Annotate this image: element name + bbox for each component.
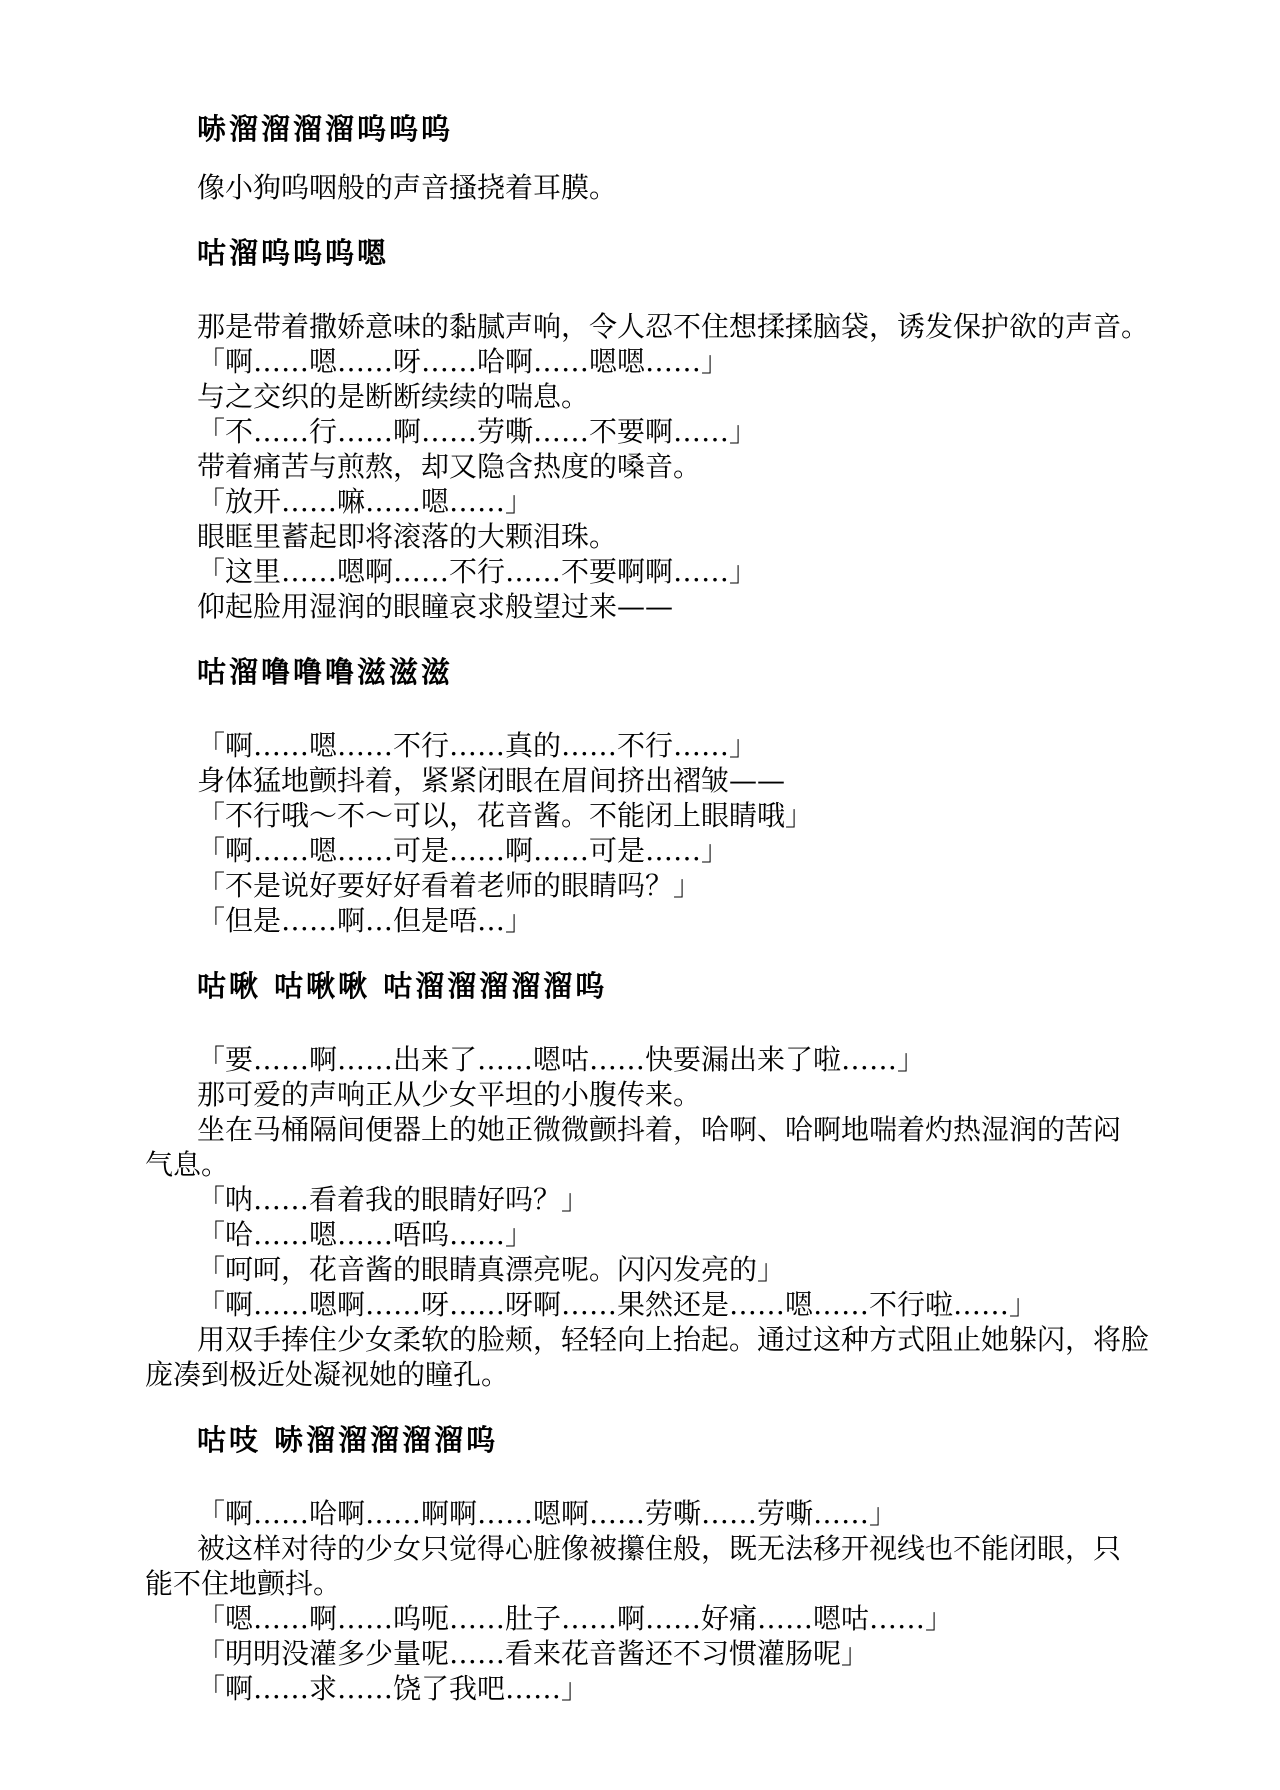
body-line: 「嗯……啊……呜呃……肚子……啊……好痛……嗯咕……」 xyxy=(145,1601,1145,1636)
body-line: 「不是说好要好好看着老师的眼睛吗？」 xyxy=(145,868,1145,903)
body-line: 那是带着撒娇意味的黏腻声响，令人忍不住想揉揉脑袋，诱发保护欲的声音。 xyxy=(145,309,1145,344)
body-line: 像小狗呜咽般的声音搔挠着耳膜。 xyxy=(145,170,1145,205)
body-line: 带着痛苦与煎熬，却又隐含热度的嗓音。 xyxy=(145,449,1145,484)
body-line: 「放开……嘛……嗯……」 xyxy=(145,484,1145,519)
body-line: 「啊……嗯……可是……啊……可是……」 xyxy=(145,833,1145,868)
body-line: 「呐……看着我的眼睛好吗？」 xyxy=(145,1182,1145,1217)
body-line: 「明明没灌多少量呢……看来花音酱还不习惯灌肠呢」 xyxy=(145,1636,1145,1671)
sfx-heading: 咕啾 咕啾啾 咕溜溜溜溜溜呜 xyxy=(145,970,1145,1002)
body-line: 「啊……嗯……不行……真的……不行……」 xyxy=(145,728,1145,763)
body-line: 「要……啊……出来了……嗯咕……快要漏出来了啦……」 xyxy=(145,1042,1145,1077)
body-line: 被这样对待的少女只觉得心脏像被攥住般，既无法移开视线也不能闭眼，只 xyxy=(145,1531,1145,1566)
sfx-heading: 哧溜溜溜溜呜呜呜 xyxy=(145,113,1145,145)
body-line: 坐在马桶隔间便器上的她正微微颤抖着，哈啊、哈啊地喘着灼热湿润的苦闷 xyxy=(145,1112,1145,1147)
body-line: 「啊……嗯啊……呀……呀啊……果然还是……嗯……不行啦……」 xyxy=(145,1287,1145,1322)
body-line: 「不……行……啊……劳嘶……不要啊……」 xyxy=(145,414,1145,449)
body-line: 气息。 xyxy=(145,1147,1145,1182)
body-line: 身体猛地颤抖着，紧紧闭眼在眉间挤出褶皱—— xyxy=(145,763,1145,798)
body-line: 能不住地颤抖。 xyxy=(145,1566,1145,1601)
sfx-heading: 咕溜噜噜噜滋滋滋 xyxy=(145,656,1145,688)
body-line: 「哈……嗯……唔呜……」 xyxy=(145,1217,1145,1252)
body-line: 「啊……求……饶了我吧……」 xyxy=(145,1671,1145,1706)
body-line: 仰起脸用湿润的眼瞳哀求般望过来—— xyxy=(145,589,1145,624)
body-line: 「这里……嗯啊……不行……不要啊啊……」 xyxy=(145,554,1145,589)
document-page: 哧溜溜溜溜呜呜呜像小狗呜咽般的声音搔挠着耳膜。咕溜呜呜呜嗯那是带着撒娇意味的黏腻… xyxy=(0,0,1280,1790)
body-line: 用双手捧住少女柔软的脸颊，轻轻向上抬起。通过这种方式阻止她躲闪，将脸 xyxy=(145,1322,1145,1357)
body-line: 眼眶里蓄起即将滚落的大颗泪珠。 xyxy=(145,519,1145,554)
text-content: 哧溜溜溜溜呜呜呜像小狗呜咽般的声音搔挠着耳膜。咕溜呜呜呜嗯那是带着撒娇意味的黏腻… xyxy=(145,0,1145,1706)
body-line: 「啊……嗯……呀……哈啊……嗯嗯……」 xyxy=(145,344,1145,379)
body-line: 「呵呵，花音酱的眼睛真漂亮呢。闪闪发亮的」 xyxy=(145,1252,1145,1287)
body-line: 那可爱的声响正从少女平坦的小腹传来。 xyxy=(145,1077,1145,1112)
body-line: 「不行哦～不～可以，花音酱。不能闭上眼睛哦」 xyxy=(145,798,1145,833)
body-line: 「但是……啊…但是唔…」 xyxy=(145,903,1145,938)
body-line: 与之交织的是断断续续的喘息。 xyxy=(145,379,1145,414)
body-line: 「啊……哈啊……啊啊……嗯啊……劳嘶……劳嘶……」 xyxy=(145,1496,1145,1531)
sfx-heading: 咕溜呜呜呜嗯 xyxy=(145,237,1145,269)
sfx-heading: 咕吱 哧溜溜溜溜溜呜 xyxy=(145,1424,1145,1456)
body-line: 庞凑到极近处凝视她的瞳孔。 xyxy=(145,1357,1145,1392)
